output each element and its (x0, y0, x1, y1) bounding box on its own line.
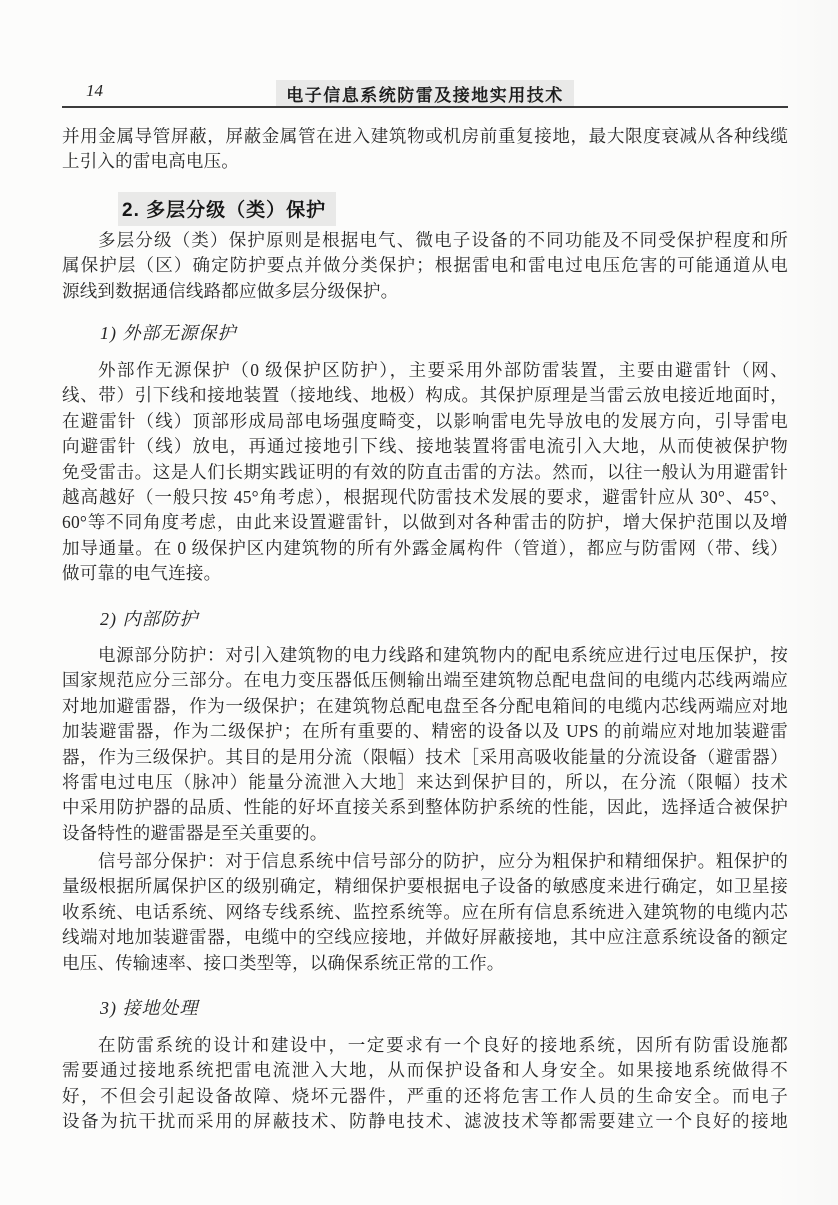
text-line: 多层分级（类）保护原则是根据电气、微电子设备的不同功能及不同受保护程度和所 (62, 228, 788, 253)
text-line: 中采用防护器的品质、性能的好坏直接关系到整体防护系统的性能，因此，选择适合被保护 (62, 795, 788, 820)
text-line: 信号部分保护：对于信息系统中信号部分的防护，应分为粗保护和精细保护。粗保护的 (62, 849, 788, 874)
text-line: 量级根据所属保护区的级别确定，精细保护要根据电子设备的敏感度来进行确定，如卫星接 (62, 874, 788, 899)
subheading-grounding: 3) 接地处理 (62, 994, 826, 1020)
text-line: 需要通过接地系统把雷电流泄入大地，从而保护设备和人身安全。如果接地系统做得不 (62, 1058, 788, 1083)
text-line: 源线到数据通信线路都应做多层分级保护。 (62, 279, 788, 304)
paragraph-external-protection: 外部作无源保护（0 级保护区防护），主要采用外部防雷装置，主要由避雷针（网、 线… (62, 358, 788, 587)
text-line: 加导通量。在 0 级保护区内建筑物的所有外露金属构件（管道），都应与防雷网（带、… (62, 536, 788, 561)
paragraph-overview: 多层分级（类）保护原则是根据电气、微电子设备的不同功能及不同受保护程度和所 属保… (62, 228, 788, 304)
text-line: 在防雷系统的设计和建设中，一定要求有一个良好的接地系统，因所有防雷设施都 (62, 1033, 788, 1058)
text-line: 越高越好（一般只按 45°角考虑），根据现代防雷技术发展的要求，避雷针应从 30… (62, 485, 788, 510)
text-line: 加装避雷器，作为二级保护；在所有重要的、精密的设备以及 UPS 的前端应对地加装… (62, 719, 788, 744)
paragraph-power-protection: 电源部分防护：对引入建筑物的电力线路和建筑物内的配电系统应进行过电压保护，按 国… (62, 643, 788, 846)
paragraph-grounding: 在防雷系统的设计和建设中，一定要求有一个良好的接地系统，因所有防雷设施都 需要通… (62, 1033, 788, 1135)
text-line: 在避雷针（线）顶部形成局部电场强度畸变，以影响雷电先导放电的发展方向，引导雷电 (62, 409, 788, 434)
text-line: 向避雷针（线）放电，再通过接地引下线、接地装置将雷电流引入大地，从而使被保护物 (62, 434, 788, 459)
book-page: 14 电子信息系统防雷及接地实用技术 并用金属导管屏蔽，屏蔽金属管在进入建筑物或… (0, 0, 838, 1205)
text-line: 设备为抗干扰而采用的屏蔽技术、防静电技术、滤波技术等都需要建立一个良好的接地 (62, 1109, 788, 1134)
page-header: 14 电子信息系统防雷及接地实用技术 (62, 80, 788, 106)
text-line: 属保护层（区）确定防护要点并做分类保护；根据雷电和雷电过电压危害的可能通道从电 (62, 253, 788, 278)
text-line: 并用金属导管屏蔽，屏蔽金属管在进入建筑物或机房前重复接地，最大限度衰减从各种线缆 (62, 124, 788, 149)
text-line: 国家规范应分三部分。在电力变压器低压侧输出端至建筑物总配电盘间的电缆内芯线两端应 (62, 668, 788, 693)
subheading-external-protection: 1) 外部无源保护 (62, 319, 826, 345)
section-heading: 2. 多层分级（类）保护 (62, 192, 788, 226)
paragraph-signal-protection: 信号部分保护：对于信息系统中信号部分的防护，应分为粗保护和精细保护。粗保护的 量… (62, 849, 788, 976)
text-line: 外部作无源保护（0 级保护区防护），主要采用外部防雷装置，主要由避雷针（网、 (62, 358, 788, 383)
text-line: 免受雷击。这是人们长期实践证明的有效的防直击雷的方法。然而，以往一般认为用避雷针 (62, 460, 788, 485)
header-rule (62, 106, 788, 108)
subheading-internal-protection: 2) 内部防护 (62, 605, 826, 631)
text-line: 电源部分防护：对引入建筑物的电力线路和建筑物内的配电系统应进行过电压保护，按 (62, 643, 788, 668)
running-title: 电子信息系统防雷及接地实用技术 (62, 80, 788, 108)
text-line: 器，作为三级保护。其目的是用分流（限幅）技术［采用高吸收能量的分流设备（避雷器） (62, 745, 788, 770)
text-line: 电压、传输速率、接口类型等，以确保系统正常的工作。 (62, 951, 788, 976)
section-heading-text: 2. 多层分级（类）保护 (118, 192, 336, 226)
text-line: 60°等不同角度考虑，由此来设置避雷针，以做到对各种雷击的防护，增大保护范围以及… (62, 510, 788, 535)
scan-shading (0, 0, 838, 1205)
text-line: 线端对地加装避雷器，电缆中的空线应接地，并做好屏蔽接地，其中应注意系统设备的额定 (62, 925, 788, 950)
text-line: 线、带）引下线和接地装置（接地线、地极）构成。其保护原理是当雷云放电接近地面时， (62, 383, 788, 408)
text-line: 上引入的雷电高电压。 (62, 149, 788, 174)
running-title-text: 电子信息系统防雷及接地实用技术 (276, 80, 574, 108)
text-line: 将雷电过电压（脉冲）能量分流泄入大地］来达到保护目的，所以，在分流（限幅）技术 (62, 770, 788, 795)
text-line: 收系统、电话系统、网络专线系统、监控系统等。应在所有信息系统进入建筑物的电缆内芯 (62, 900, 788, 925)
text-line: 对地加避雷器，作为一级保护；在建筑物总配电盘至各分配电箱间的电缆内芯线两端应对地 (62, 694, 788, 719)
text-line: 做可靠的电气连接。 (62, 561, 788, 586)
text-line: 好，不但会引起设备故障、烧坏元器件，严重的还将危害工作人员的生命安全。而电子 (62, 1084, 788, 1109)
text-line: 设备特性的避雷器是至关重要的。 (62, 821, 788, 846)
paragraph-continuation: 并用金属导管屏蔽，屏蔽金属管在进入建筑物或机房前重复接地，最大限度衰减从各种线缆… (62, 124, 788, 175)
